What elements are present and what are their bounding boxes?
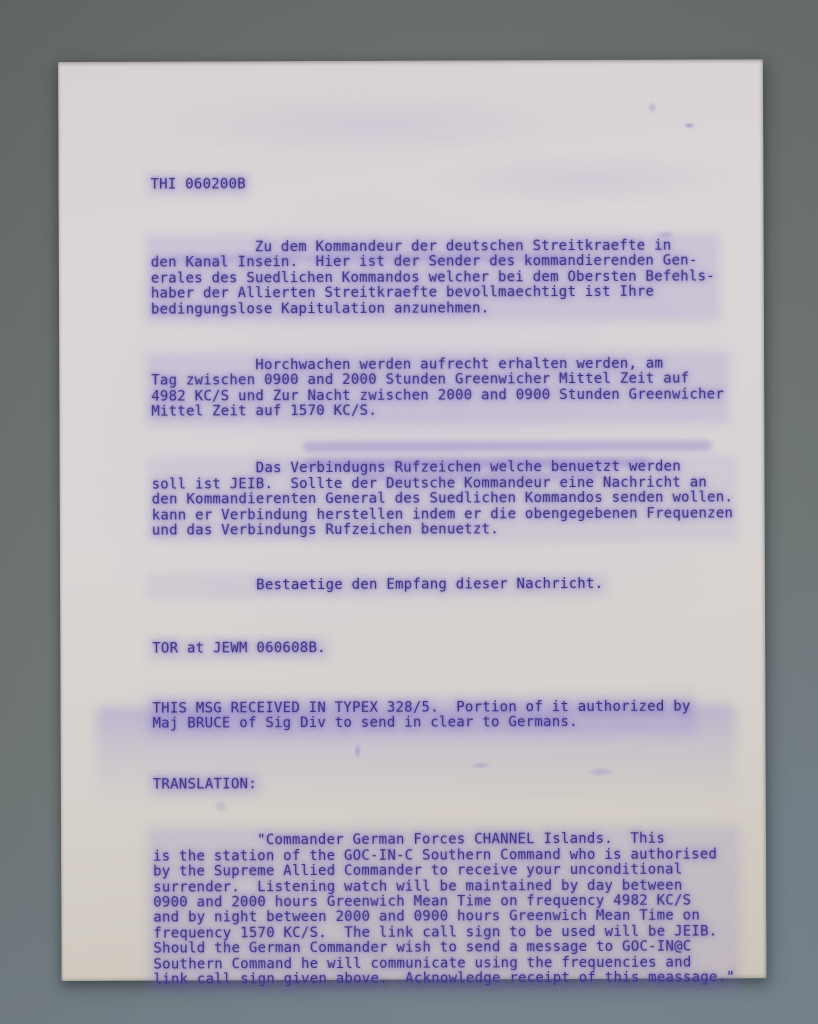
typex-receipt-note: THIS MSG RECEIVED IN TYPEX 328/5. Portio… <box>152 699 690 732</box>
translation-body: "Commander German Forces CHANNEL Islands… <box>153 832 735 988</box>
german-paragraph-watch: Horchwachen werden aufrecht erhalten wer… <box>151 356 724 420</box>
german-paragraph-address: Zu dem Kommandeur der deutschen Streitkr… <box>151 239 715 318</box>
translation-heading: TRANSLATION: <box>153 777 257 793</box>
message-reference-line: THI 060200B <box>150 177 246 193</box>
german-acknowledge-line: Bestaetige den Empfang dieser Nachricht. <box>152 577 603 594</box>
tor-timestamp-line: TOR at JEWM 060608B. <box>152 641 326 657</box>
document-page: THI 060200B Zu dem Kommandeur der deutsc… <box>58 59 767 981</box>
german-paragraph-callsign: Das Verbindugns Rufzeichen welche benuet… <box>152 460 734 539</box>
typed-text-block: THI 060200B Zu dem Kommandeur der deutsc… <box>58 59 767 1019</box>
